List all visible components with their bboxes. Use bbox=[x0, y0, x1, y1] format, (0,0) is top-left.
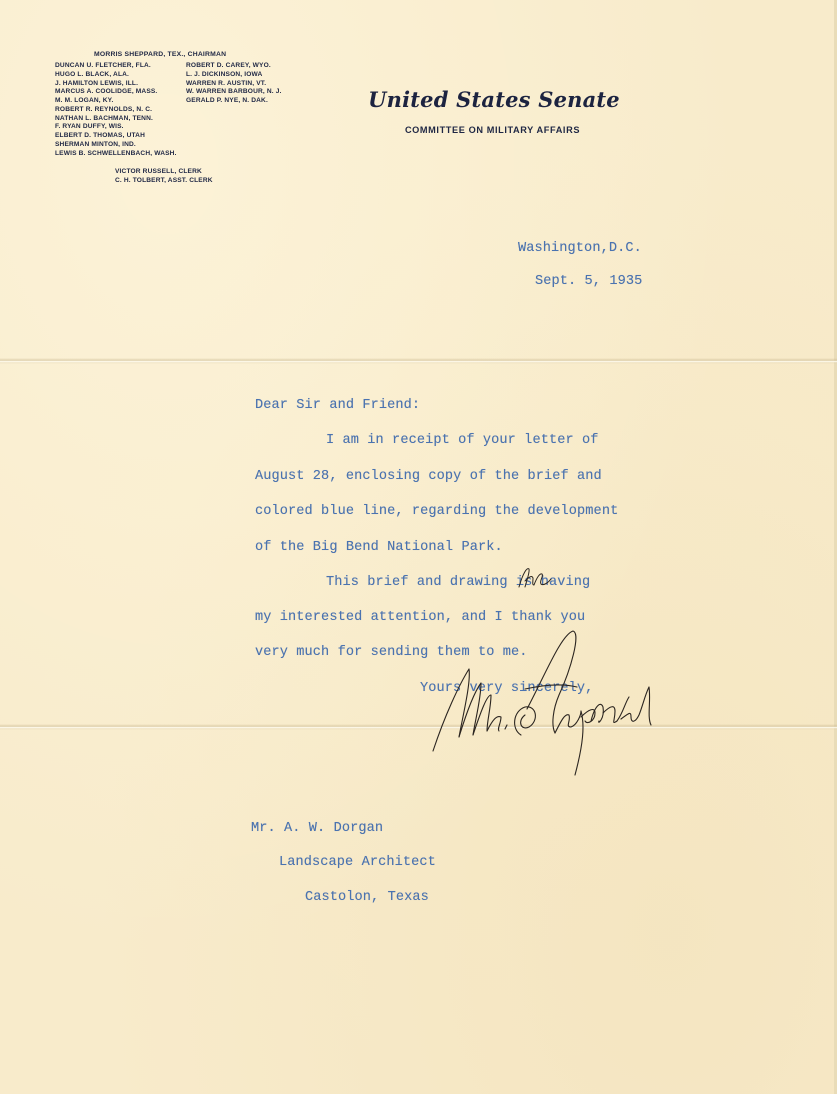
members-left-column: DUNCAN U. FLETCHER, FLA. HUGO L. BLACK, … bbox=[55, 62, 177, 158]
member: W. WARREN BARBOUR, N. J. bbox=[186, 88, 282, 97]
member: ELBERT D. THOMAS, UTAH bbox=[55, 132, 177, 141]
member: GERALD P. NYE, N. DAK. bbox=[186, 97, 282, 106]
member: M. M. LOGAN, KY. bbox=[55, 97, 177, 106]
signature bbox=[425, 625, 665, 785]
member: HUGO L. BLACK, ALA. bbox=[55, 71, 177, 80]
salutation: Dear Sir and Friend: bbox=[255, 398, 420, 413]
recipient-name: Mr. A. W. Dorgan bbox=[251, 821, 383, 836]
body-line: of the Big Bend National Park. bbox=[255, 540, 503, 555]
member: WARREN R. AUSTIN, VT. bbox=[186, 80, 282, 89]
member: ROBERT R. REYNOLDS, N. C. bbox=[55, 106, 177, 115]
recipient-location: Castolon, Texas bbox=[305, 890, 429, 905]
letter-page: MORRIS SHEPPARD, TEX., CHAIRMAN DUNCAN U… bbox=[0, 0, 837, 1094]
member: DUNCAN U. FLETCHER, FLA. bbox=[55, 62, 177, 71]
committee-name: COMMITTEE ON MILITARY AFFAIRS bbox=[370, 125, 615, 135]
clerk: VICTOR RUSSELL, CLERK bbox=[115, 167, 213, 176]
recipient-title: Landscape Architect bbox=[279, 855, 436, 870]
fold-line-lower bbox=[0, 724, 837, 730]
fold-line-upper bbox=[0, 358, 837, 364]
body-line: August 28, enclosing copy of the brief a… bbox=[255, 469, 602, 484]
senate-title: United States Senate bbox=[358, 87, 630, 112]
members-right-column: ROBERT D. CAREY, WYO. L. J. DICKINSON, I… bbox=[186, 62, 282, 106]
body-line: colored blue line, regarding the develop… bbox=[255, 504, 618, 519]
member: L. J. DICKINSON, IOWA bbox=[186, 71, 282, 80]
member: NATHAN L. BACHMAN, TENN. bbox=[55, 115, 177, 124]
member: ROBERT D. CAREY, WYO. bbox=[186, 62, 282, 71]
member: SHERMAN MINTON, IND. bbox=[55, 141, 177, 150]
member: F. RYAN DUFFY, WIS. bbox=[55, 123, 177, 132]
handwritten-correction-mark bbox=[515, 563, 555, 593]
clerks: VICTOR RUSSELL, CLERK C. H. TOLBERT, ASS… bbox=[115, 167, 213, 185]
member: MARCUS A. COOLIDGE, MASS. bbox=[55, 88, 177, 97]
member: LEWIS B. SCHWELLENBACH, WASH. bbox=[55, 150, 177, 159]
clerk: C. H. TOLBERT, ASST. CLERK bbox=[115, 176, 213, 185]
date-line: Sept. 5, 1935 bbox=[535, 274, 642, 289]
chairman-line: MORRIS SHEPPARD, TEX., CHAIRMAN bbox=[94, 51, 226, 58]
member: J. HAMILTON LEWIS, ILL. bbox=[55, 80, 177, 89]
body-line: I am in receipt of your letter of bbox=[326, 433, 599, 448]
body-line: my interested attention, and I thank you bbox=[255, 610, 585, 625]
place-line: Washington,D.C. bbox=[518, 241, 642, 256]
